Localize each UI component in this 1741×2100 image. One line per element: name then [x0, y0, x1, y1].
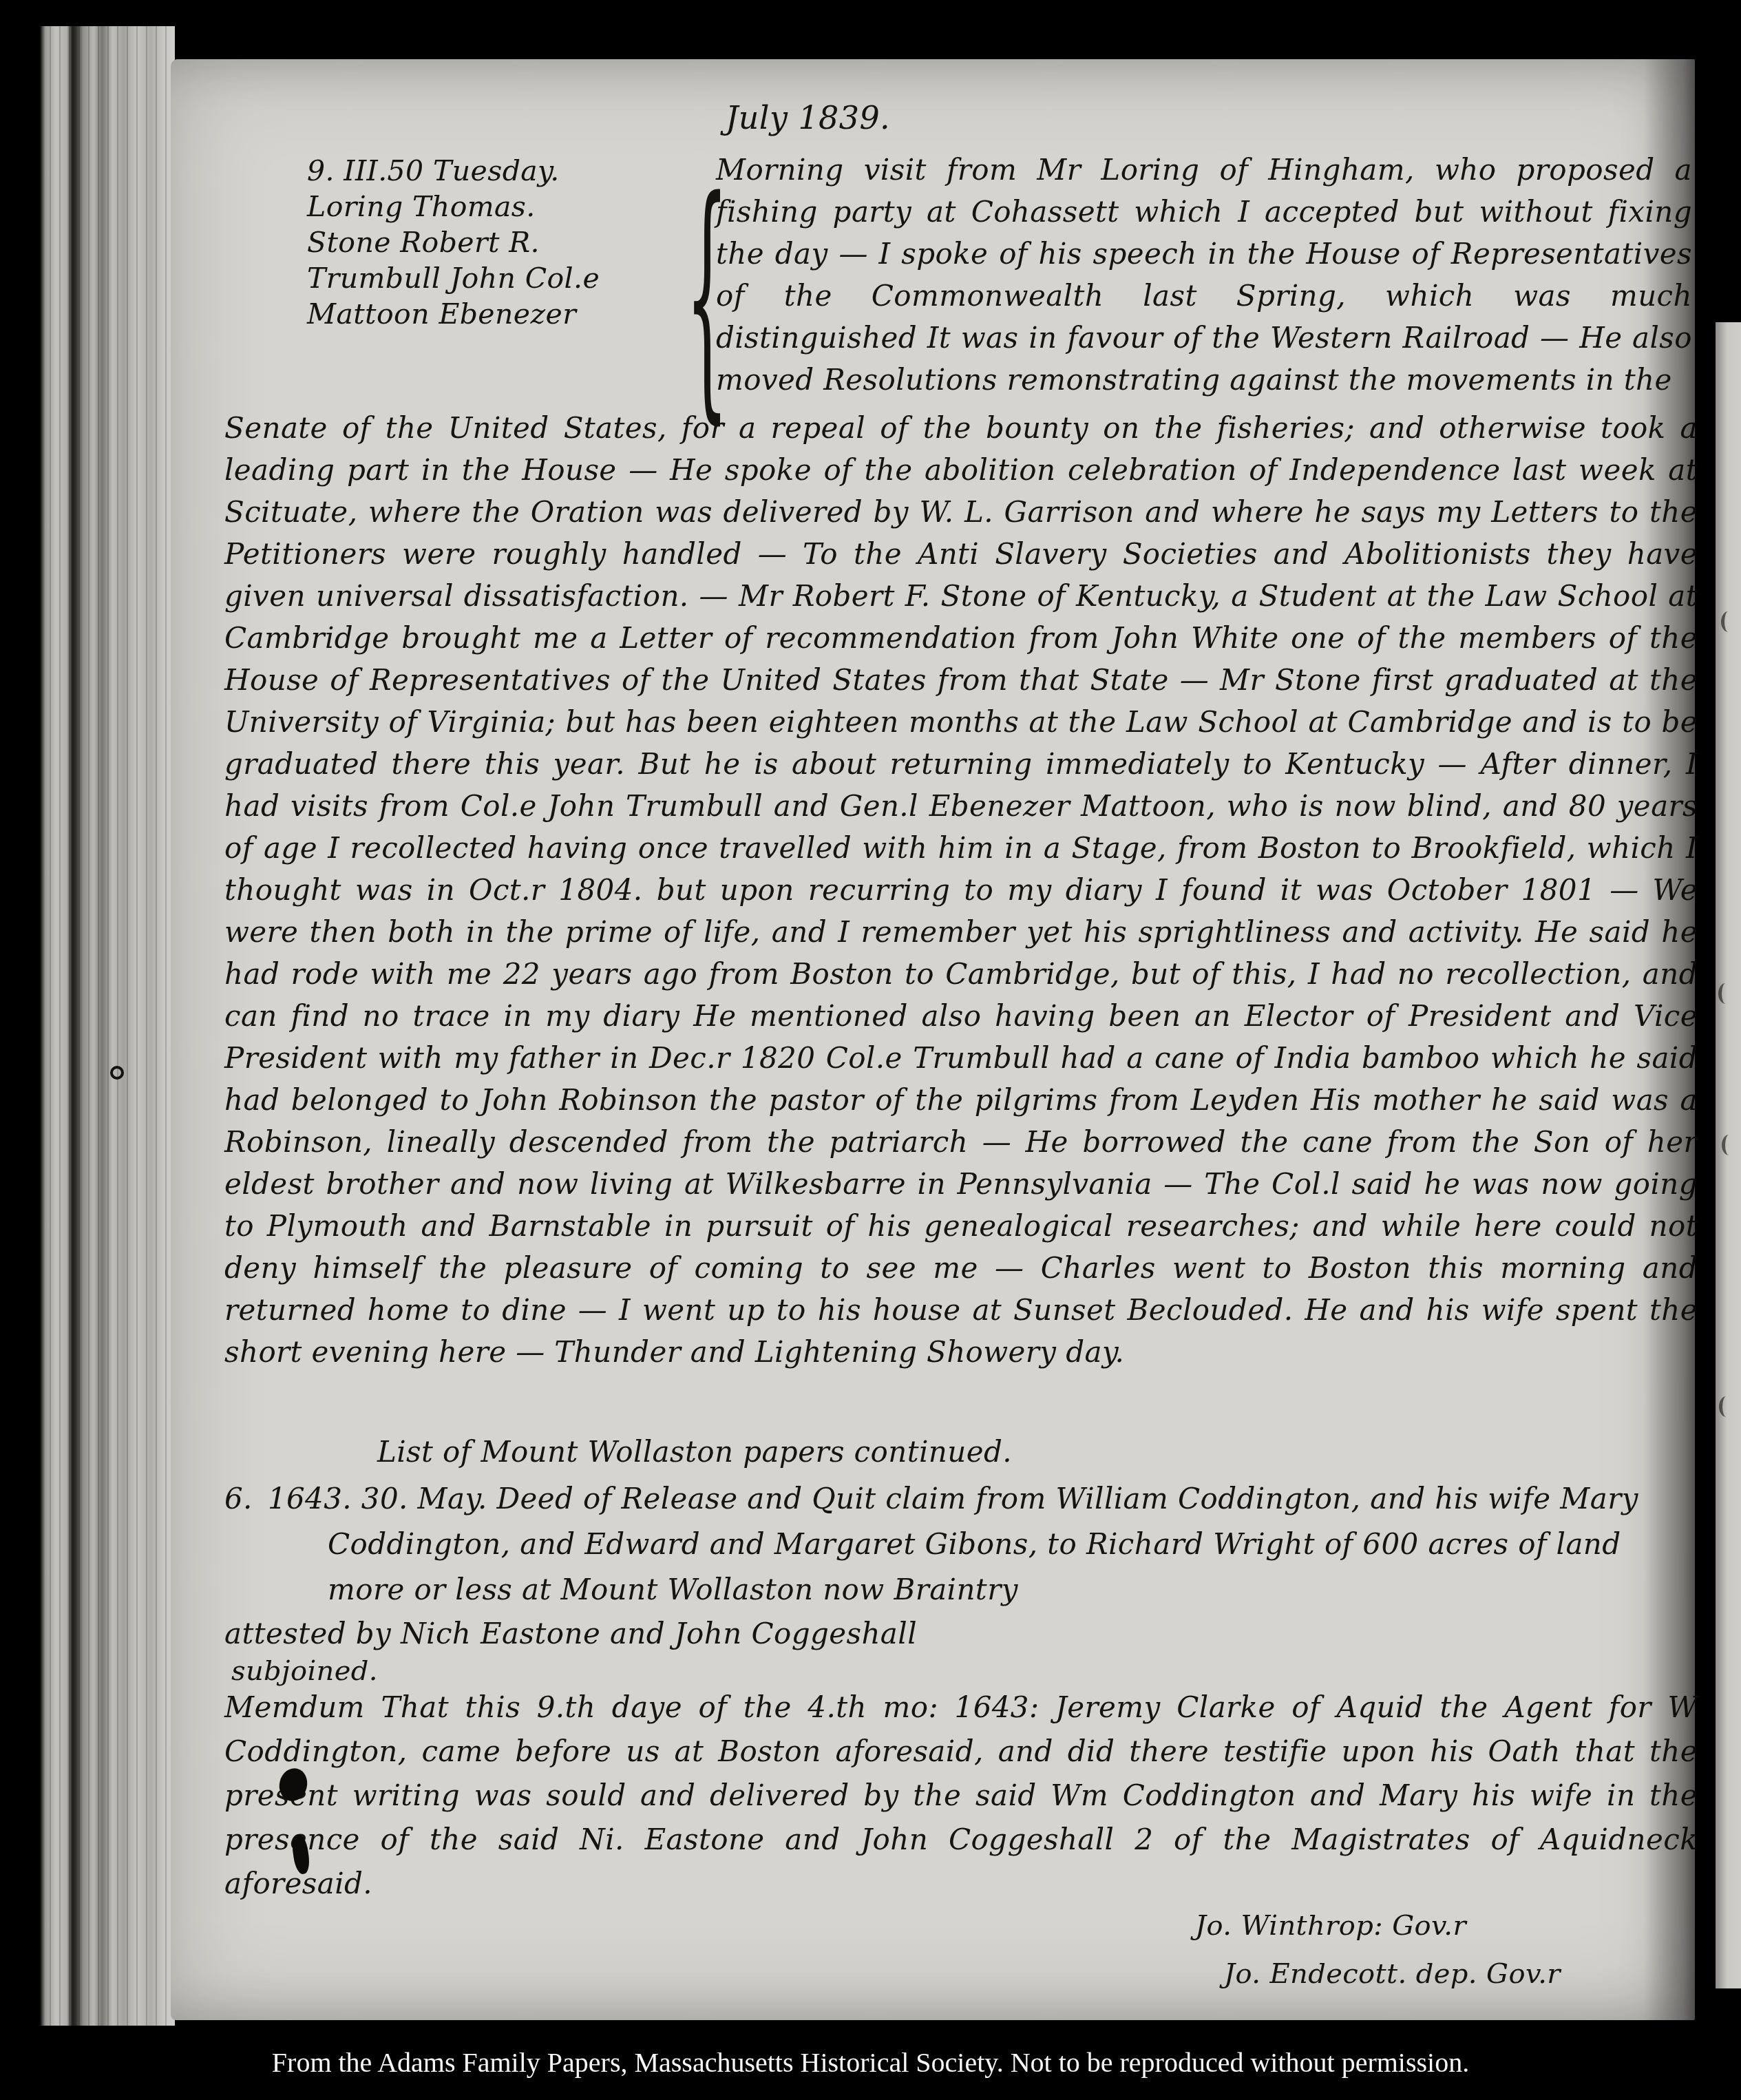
attested-line: attested by Nich Eastone and John Cogges… — [224, 1617, 917, 1650]
entry-margin-notes: 9. III.50 Tuesday. Loring Thomas. Stone … — [307, 153, 690, 332]
partial-writing-stroke — [1722, 1135, 1736, 1155]
book-page-edges — [40, 26, 175, 2026]
memorandum-text: Memdum That this 9.th daye of the 4.th m… — [224, 1686, 1698, 1906]
signature-block: Jo. Winthrop: Gov.r Jo. Endecott. dep. G… — [1195, 1902, 1561, 1998]
memo-item-text: 1643. 30. May. Deed of Release and Quit … — [268, 1482, 1638, 1606]
gutter-shadow — [1644, 59, 1716, 2020]
visitor-name: Trumbull John Col.e — [307, 260, 690, 296]
page-title: July 1839. — [726, 99, 890, 136]
manuscript-page: July 1839. 9. III.50 Tuesday. Loring Tho… — [171, 59, 1695, 2020]
visitor-name: Mattoon Ebenezer — [307, 296, 690, 332]
signature-winthrop: Jo. Winthrop: Gov.r — [1195, 1902, 1561, 1950]
memo-item-number: 6. — [224, 1482, 253, 1515]
entry-date-line: 9. III.50 Tuesday. — [307, 153, 690, 189]
visitor-name: Stone Robert R. — [307, 224, 690, 260]
partial-writing-stroke — [1721, 611, 1735, 632]
partial-writing-stroke — [1718, 983, 1733, 1004]
subjoined-line: subjoined. — [231, 1655, 378, 1687]
partial-writing-stroke — [1719, 1396, 1733, 1417]
entry-text-full-width: Senate of the United States, for a repea… — [224, 407, 1698, 1373]
signature-endecott: Jo. Endecott. dep. Gov.r — [1224, 1950, 1561, 1998]
facing-page-edge — [1716, 322, 1741, 1988]
visitor-name: Loring Thomas. — [307, 189, 690, 224]
list-heading: List of Mount Wollaston papers continued… — [377, 1435, 1012, 1469]
entry-text-beside-margin: Morning visit from Mr Loring of Hingham,… — [716, 149, 1692, 401]
scanned-diary-photo: July 1839. 9. III.50 Tuesday. Loring Tho… — [0, 0, 1741, 2100]
memo-item: 6.1643. 30. May. Deed of Release and Qui… — [224, 1476, 1677, 1613]
archive-caption: From the Adams Family Papers, Massachuse… — [0, 2046, 1741, 2079]
margin-mark — [110, 1066, 124, 1080]
